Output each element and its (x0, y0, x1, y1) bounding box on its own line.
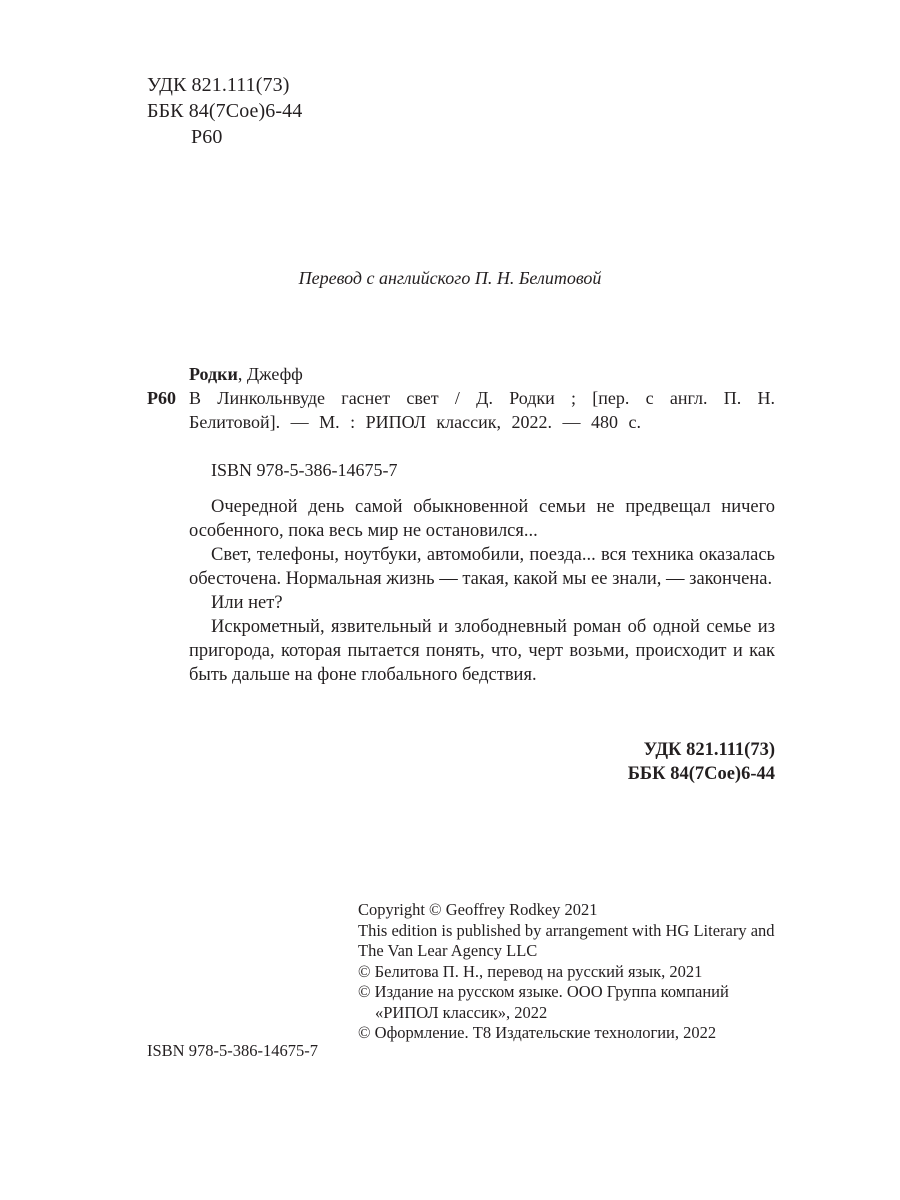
annotation-paragraph: Свет, телефоны, ноутбуки, автомобили, по… (189, 543, 775, 591)
entry-isbn: ISBN 978-5-386-14675-7 (147, 458, 775, 482)
udk-code-bold: УДК 821.111(73) (628, 738, 775, 762)
annotation-paragraph: Искрометный, язвительный и злободневный … (189, 615, 775, 687)
udk-code: УДК 821.111(73) (147, 72, 302, 98)
author-heading: Родки, Джефф (147, 362, 775, 386)
annotation-paragraph: Очередной день самой обыкновенной семьи … (189, 495, 775, 543)
translator-credit: Перевод с английского П. Н. Белитовой (0, 266, 900, 290)
bibliographic-entry: Родки, Джефф Р60 В Линкольнвуде гаснет с… (147, 362, 775, 482)
isbn-bottom: ISBN 978-5-386-14675-7 (147, 1041, 318, 1061)
author-given-name: , Джефф (238, 364, 303, 384)
top-classification-block: УДК 821.111(73) ББК 84(7Сое)6-44 Р60 (147, 72, 302, 150)
bbk-code: ББК 84(7Сое)6-44 (147, 98, 302, 124)
annotation-paragraph: Или нет? (189, 591, 775, 615)
copyright-item: © Белитова П. Н., перевод на русский язы… (358, 962, 778, 983)
bbk-code-bold: ББК 84(7Сое)6-44 (628, 762, 775, 786)
bottom-classification-block: УДК 821.111(73) ББК 84(7Сое)6-44 (628, 738, 775, 786)
edition-note: This edition is published by arrangement… (358, 921, 778, 962)
entry-author-mark: Р60 (147, 386, 176, 410)
copyright-item: © Оформление. Т8 Издательские технологии… (358, 1023, 778, 1044)
entry-description: В Линкольнвуде гаснет свет / Д. Родки ; … (189, 386, 775, 434)
author-surname: Родки (189, 364, 238, 384)
copyright-block: Copyright © Geoffrey Rodkey 2021 This ed… (358, 900, 778, 1044)
entry-row: Р60 В Линкольнвуде гаснет свет / Д. Родк… (147, 386, 775, 434)
copyright-line: Copyright © Geoffrey Rodkey 2021 (358, 900, 778, 921)
copyright-item: © Издание на русском языке. ООО Группа к… (358, 982, 778, 1023)
author-mark: Р60 (147, 124, 302, 150)
annotation: Очередной день самой обыкновенной семьи … (189, 495, 775, 687)
